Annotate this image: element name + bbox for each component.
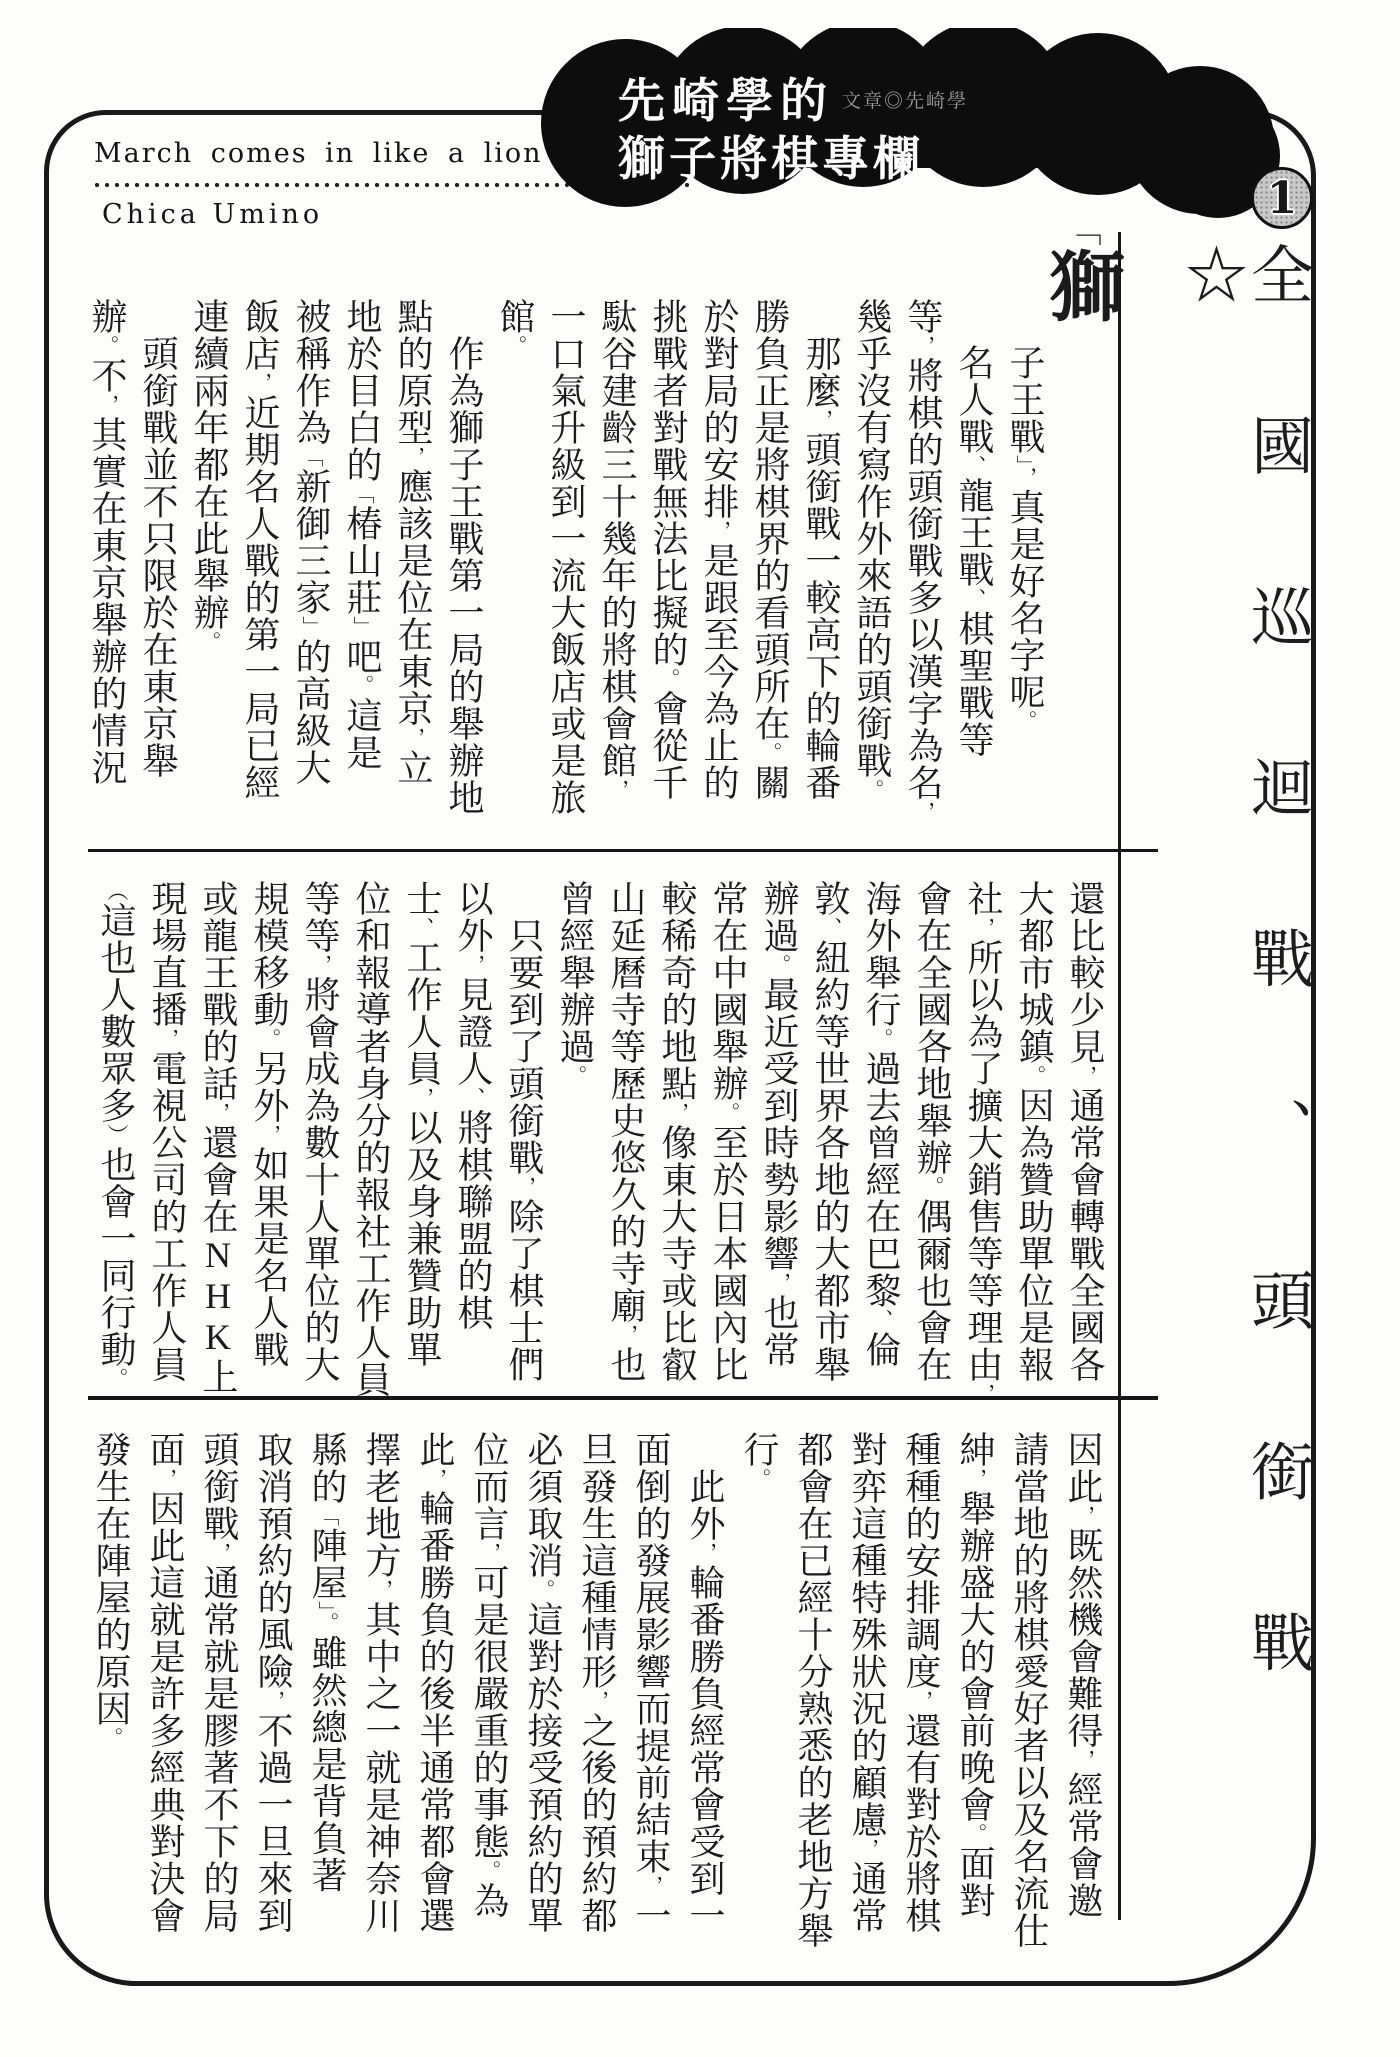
- punctuation: 、: [962, 455, 986, 477]
- punctuation: ，: [911, 335, 935, 357]
- punctuation: 「: [350, 483, 374, 505]
- punctuation: ，: [639, 1875, 663, 1897]
- text-column: 必須取消。這對於接受預約的單: [516, 1431, 570, 1955]
- text-column: 作為獅子王戰第一局的舉辦地: [438, 298, 489, 858]
- punctuation: ，: [707, 520, 731, 542]
- punctuation: 。: [963, 1823, 987, 1845]
- punctuation: 。: [758, 742, 782, 764]
- punctuation: ）: [104, 1124, 128, 1146]
- punctuation: 、: [962, 588, 986, 610]
- text-column: 請當地的將棋愛好者以及名流仕: [1002, 1431, 1056, 1955]
- punctuation: ，: [614, 1324, 638, 1346]
- text-column: 被稱作為「新御三家」的高級大: [285, 298, 336, 858]
- text-column: 敦、紐約等世界各地的大都市舉: [804, 880, 855, 1404]
- punctuation: 。: [656, 668, 680, 690]
- article-section-2: 還比較少見，通常會轉戰全國各大都市城鎮。因為贊助單位是報社，所以為了擴大銷售等等…: [86, 880, 1110, 1404]
- punctuation: 。: [767, 954, 791, 976]
- punctuation: ，: [461, 954, 485, 976]
- punctuation: ，: [971, 1383, 995, 1405]
- punctuation: ，: [512, 1176, 536, 1198]
- text-column: 發生在陣屋的原因。: [84, 1431, 138, 1955]
- punctuation: 。: [747, 1468, 771, 1490]
- punctuation: ，: [153, 1468, 177, 1490]
- punctuation: 。: [197, 631, 221, 653]
- punctuation: ，: [207, 1542, 231, 1564]
- title-divider-vertical: [1118, 232, 1121, 1920]
- text-column: 頭銜戰，通常就是膠著不下的局: [192, 1431, 246, 1955]
- text-column: 大都市城鎮。因為贊助單位是報: [1008, 880, 1059, 1404]
- text-column: 縣的「陣屋」。雖然總是背負著: [300, 1431, 354, 1955]
- punctuation: ，: [206, 1102, 230, 1124]
- text-column: 現場直播，電視公司的工作人員: [141, 880, 192, 1404]
- text-column: 只要到了頭銜戰，除了棋士們: [498, 880, 549, 1404]
- text-column: 較稀奇的地點，像東大寺或比叡: [651, 880, 702, 1404]
- punctuation: 。: [1013, 710, 1037, 732]
- punctuation: 「: [299, 446, 323, 468]
- text-column: 會在全國各地舉辦。偶爾也會在: [906, 880, 957, 1404]
- punctuation: ，: [693, 1542, 717, 1564]
- text-column: （這也人數眾多）也會一同行動。: [90, 880, 141, 1404]
- text-column: 行。: [732, 1431, 786, 1955]
- issue-number: 1: [1267, 173, 1298, 224]
- punctuation: 。: [257, 1028, 281, 1050]
- punctuation: ，: [1071, 1505, 1095, 1527]
- text-column: 面，因此這就是許多經典對決會: [138, 1431, 192, 1955]
- author-credit: 文章◎先崎學: [842, 86, 968, 113]
- text-column: 因此，既然機會難得，經常會邀: [1056, 1431, 1110, 1955]
- punctuation: ，: [410, 1087, 434, 1109]
- text-column: 曾經舉辦過。: [549, 880, 600, 1404]
- punctuation: 。: [1022, 1065, 1046, 1087]
- article-section-1: 「獅子王戰」，真是好名字呢。名人戰、龍王戰、棋聖戰等等，將棋的頭銜戰多以漢字為名…: [86, 298, 1110, 858]
- punctuation: ，: [605, 779, 629, 801]
- punctuation: 、: [410, 917, 434, 939]
- punctuation: ，: [248, 372, 272, 394]
- text-column: 以外，見證人、將棋聯盟的棋: [447, 880, 498, 1404]
- text-column: 社，所以為了擴大銷售等等理由，: [957, 880, 1008, 1404]
- punctuation: ，: [423, 1468, 447, 1490]
- text-column: 館。: [489, 298, 540, 858]
- text-column: 連續兩年都在此舉辦。: [183, 298, 234, 858]
- punctuation: ，: [665, 1102, 689, 1124]
- text-column: 取消預約的風險，不過一旦來到: [246, 1431, 300, 1955]
- punctuation: 、: [818, 917, 842, 939]
- punctuation: 」: [350, 616, 374, 638]
- text-column: 駄谷建齡三十幾年的將棋會館，: [591, 298, 642, 858]
- punctuation: ，: [809, 409, 833, 431]
- punctuation: ，: [401, 446, 425, 468]
- punctuation: 、: [461, 1087, 485, 1109]
- text-column: 規模移動。另外，如果是名人戰: [243, 880, 294, 1404]
- punctuation: 。: [563, 1065, 587, 1087]
- text-column: 幾乎沒有寫作外來語的頭銜戰。: [846, 298, 897, 858]
- punctuation: 」: [299, 616, 323, 638]
- punctuation: ，: [155, 1028, 179, 1050]
- column-title-line1: 先崎學的: [618, 64, 834, 131]
- punctuation: ，: [308, 954, 332, 976]
- punctuation: ，: [971, 917, 995, 939]
- punctuation: 。: [920, 1176, 944, 1198]
- punctuation: ，: [963, 1468, 987, 1490]
- punctuation: 。: [104, 1368, 128, 1390]
- punctuation: （: [104, 880, 128, 902]
- punctuation: 。: [350, 675, 374, 697]
- text-column: 種種的安排調度，還有對於將棋: [894, 1431, 948, 1955]
- punctuation: ，: [911, 801, 935, 823]
- page: March comes in like a lion Chica Umino 先…: [0, 0, 1400, 2057]
- article-section-3: 因此，既然機會難得，經常會邀請當地的將棋愛好者以及名流仕紳，舉辦盛大的會前晚會。…: [86, 1431, 1110, 1955]
- text-column: 挑戰者對戰無法比擬的。會從千: [642, 298, 693, 858]
- text-column: 那麼，頭銜戰一較高下的輪番: [795, 298, 846, 858]
- punctuation: 。: [477, 1860, 501, 1882]
- text-column: 等等，將會成為數十人單位的大: [294, 880, 345, 1404]
- dropcap-character: 獅: [1038, 247, 1122, 323]
- text-column: 點的原型，應該是位在東京，立: [387, 298, 438, 858]
- punctuation: 「: [315, 1505, 339, 1527]
- series-title: March comes in like a lion: [94, 138, 543, 169]
- text-column: 子王戰」，真是好名字呢。: [999, 298, 1050, 858]
- punctuation: ，: [477, 1542, 501, 1564]
- text-column: 此，輪番勝負的後半通常都會選: [408, 1431, 462, 1955]
- author-name: Chica Umino: [102, 199, 323, 230]
- punctuation: ，: [261, 1690, 285, 1712]
- text-column: 或龍王戰的話，還會在NHK上: [192, 880, 243, 1404]
- punctuation: 、: [869, 1309, 893, 1331]
- dropcap-bracket: 「: [1062, 212, 1099, 247]
- punctuation: ，: [855, 1838, 879, 1860]
- punctuation: ，: [257, 1124, 281, 1146]
- article-title-vertical: 全國巡迴戰、頭銜戰☆: [1178, 242, 1310, 1922]
- text-column: 勝負正是將棋界的看頭所在。關: [744, 298, 795, 858]
- punctuation: 。: [869, 1028, 893, 1050]
- punctuation: ，: [401, 727, 425, 749]
- punctuation: ，: [95, 394, 119, 416]
- punctuation: ，: [585, 1690, 609, 1712]
- text-column: 常在中國舉辦。至於日本國內比: [702, 880, 753, 1404]
- text-column: 士、工作人員，以及身兼贊助單: [396, 880, 447, 1404]
- text-column: 面倒的發展影響而提前結束，一: [624, 1431, 678, 1955]
- column-title-line2: 獅子將棋專欄: [618, 122, 924, 189]
- text-column: 山延曆寺等歷史悠久的寺廟，也: [600, 880, 651, 1404]
- punctuation: ，: [1073, 1065, 1097, 1087]
- punctuation: 。: [503, 335, 527, 357]
- punctuation: 。: [716, 1102, 740, 1124]
- punctuation: 。: [99, 1727, 123, 1749]
- text-column: 一口氣升級到一流大飯店或是旅: [540, 298, 591, 858]
- text-column-dropcap: 「獅: [1050, 212, 1110, 772]
- text-column: 名人戰、龍王戰、棋聖戰等: [948, 298, 999, 858]
- text-column: 飯店，近期名人戰的第一局已經: [234, 298, 285, 858]
- text-column: 紳，舉辦盛大的會前晚會。面對: [948, 1431, 1002, 1955]
- punctuation: ，: [909, 1690, 933, 1712]
- punctuation: 。: [315, 1612, 339, 1634]
- text-column: 都會在已經十分熟悉的老地方舉: [786, 1431, 840, 1955]
- text-column: 辦。不，其實在東京舉辦的情況: [81, 298, 132, 858]
- text-column: 位和報導者身分的報社工作人員: [345, 880, 396, 1404]
- text-column: 海外舉行。過去曾經在巴黎、倫: [855, 880, 906, 1404]
- punctuation: 。: [860, 779, 884, 801]
- text-column: 頭銜戰並不只限於在東京舉: [132, 298, 183, 858]
- punctuation: ，: [1071, 1749, 1095, 1771]
- punctuation: 。: [531, 1579, 555, 1601]
- punctuation: 」: [315, 1601, 339, 1612]
- text-column: 此外，輪番勝負經常會受到一: [678, 1431, 732, 1955]
- punctuation: ，: [767, 1272, 791, 1294]
- issue-badge: 1: [1251, 167, 1313, 229]
- text-column: 位而言，可是很嚴重的事態。為: [462, 1431, 516, 1955]
- text-column: 旦發生這種情形，之後的預約都: [570, 1431, 624, 1955]
- text-column: 擇老地方，其中之一就是神奈川: [354, 1431, 408, 1955]
- punctuation: 」: [1013, 455, 1037, 466]
- text-column: 等，將棋的頭銜戰多以漢字為名，: [897, 298, 948, 858]
- text-column: 對弈這種特殊狀況的顧慮，通常: [840, 1431, 894, 1955]
- text-column: 地於目白的「椿山莊」吧。這是: [336, 298, 387, 858]
- punctuation: ，: [1013, 466, 1037, 488]
- text-column: 辦過。最近受到時勢影響，也常: [753, 880, 804, 1404]
- text-column: 還比較少見，通常會轉戰全國各: [1059, 880, 1110, 1404]
- punctuation: ，: [369, 1579, 393, 1601]
- text-column: 於對局的安排，是跟至今為止的: [693, 298, 744, 858]
- punctuation: 。: [95, 335, 119, 357]
